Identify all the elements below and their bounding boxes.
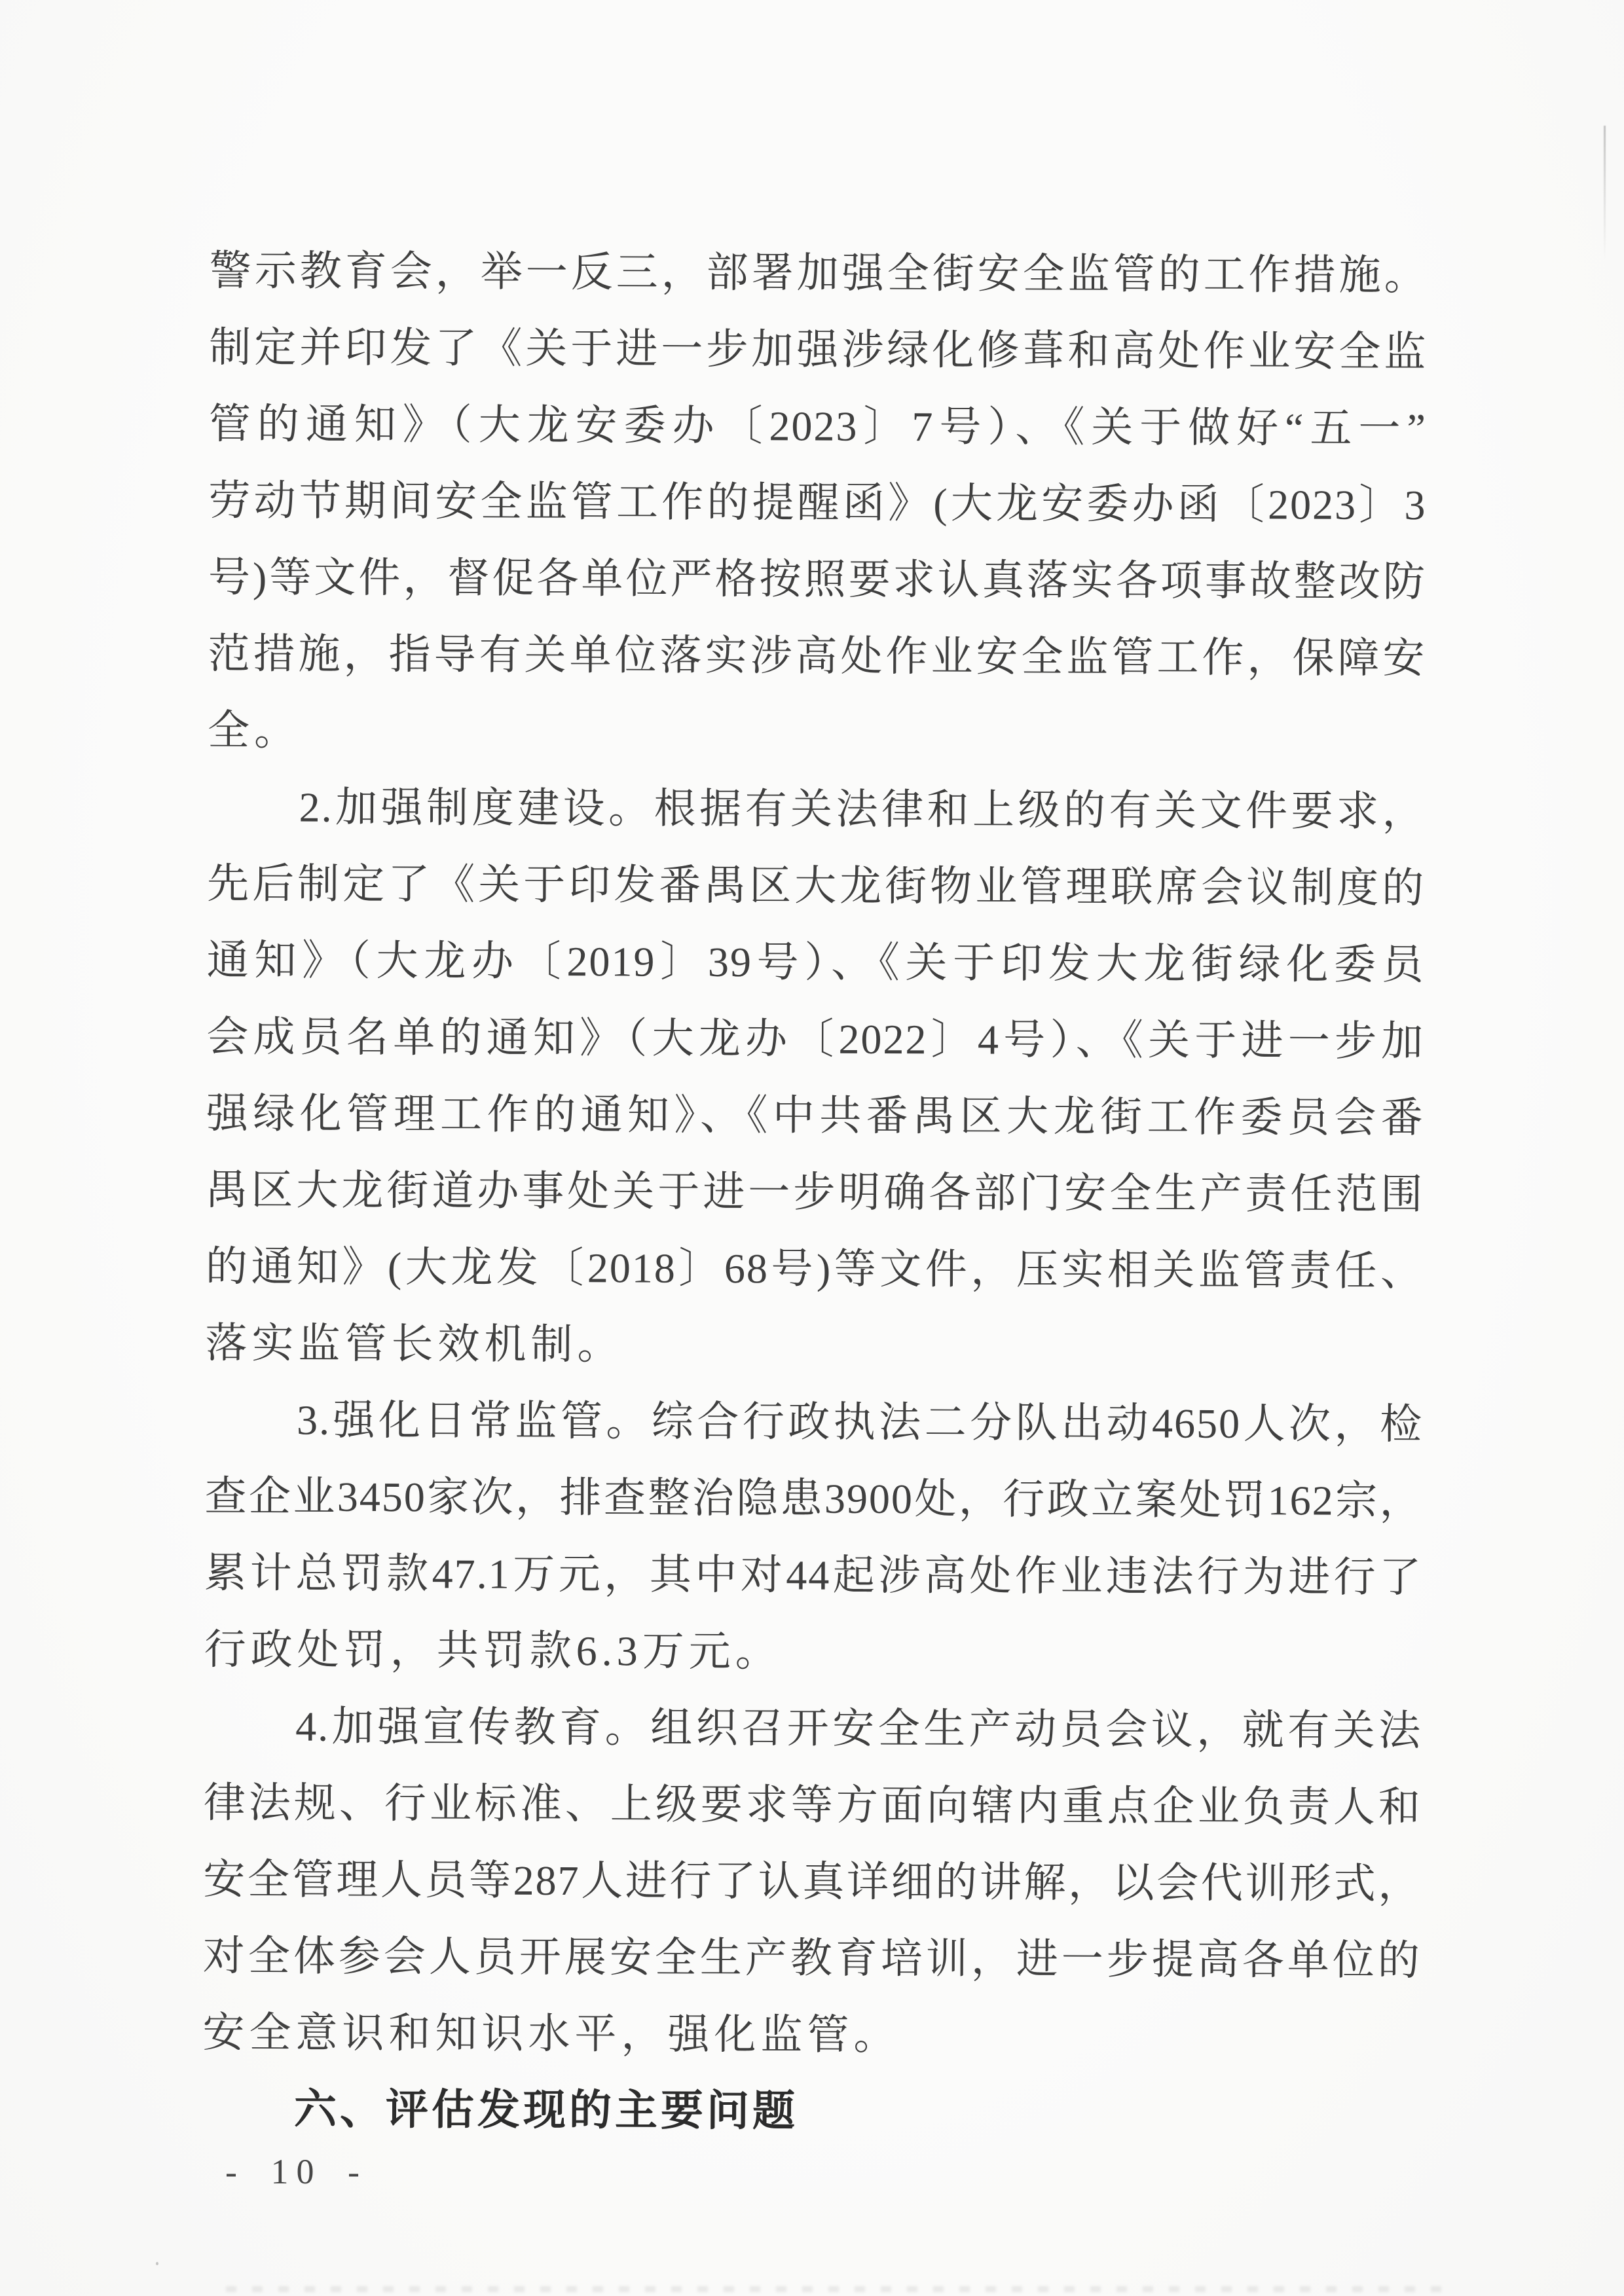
text-line: 会成员名单的通知》（大龙办〔2022〕4号）、《关于进一步加	[206, 998, 1424, 1080]
text-line: 管的通知》（大龙安委办〔2023〕7号）、《关于做好“五一”	[209, 386, 1427, 467]
text-line: 警示教育会，举一反三，部署加强全街安全监管的工作措施。	[210, 232, 1428, 314]
text-line: 落实监管长效机制。	[205, 1305, 1423, 1386]
text-line: 先后制定了《关于印发番禺区大龙街物业管理联席会议制度的	[207, 845, 1425, 926]
scanned-document-page: 警示教育会，举一反三，部署加强全街安全监管的工作措施。 制定并印发了《关于进一步…	[0, 0, 1624, 2296]
text-line: 3.强化日常监管。综合行政执法二分队出动4650人次，检	[205, 1381, 1423, 1463]
text-line: 4.加强宣传教育。组织召开安全生产动员会议，就有关法	[204, 1688, 1422, 1769]
text-line: 的通知》(大龙发〔2018〕68号)等文件，压实相关监管责任、	[206, 1228, 1424, 1309]
text-line: 律法规、行业标准、上级要求等方面向辖内重点企业负责人和	[204, 1764, 1422, 1846]
text-line: 安全管理人员等287人进行了认真详细的讲解，以会代训形式，	[203, 1841, 1421, 1922]
document-body: 警示教育会，举一反三，部署加强全街安全监管的工作措施。 制定并印发了《关于进一步…	[202, 232, 1428, 2152]
text-line: 对全体参会人员开展安全生产教育培训，进一步提高各单位的	[203, 1918, 1421, 1999]
text-line: 行政处罚，共罚款6.3万元。	[204, 1611, 1422, 1692]
text-line: 强绿化管理工作的通知》、《中共番禺区大龙街工作委员会番	[206, 1075, 1424, 1156]
scan-bleed-artifact	[226, 2286, 1457, 2292]
text-line: 查企业3450家次，排查整治隐患3900处，行政立案处罚162宗，	[204, 1458, 1422, 1539]
text-line: 范措施，指导有关单位落实涉高处作业安全监管工作，保障安	[208, 615, 1426, 697]
scan-edge-artifact	[1604, 126, 1606, 260]
text-line: 制定并印发了《关于进一步加强涉绿化修葺和高处作业安全监	[209, 309, 1427, 390]
page-number: - 10 -	[225, 2151, 367, 2192]
text-line: 禺区大龙街道办事处关于进一步明确各部门安全生产责任范围	[206, 1152, 1424, 1233]
text-line: 号)等文件，督促各单位严格按照要求认真落实各项事故整改防	[208, 539, 1426, 620]
text-line: 2.加强制度建设。根据有关法律和上级的有关文件要求，	[207, 769, 1425, 850]
scan-speck-artifact	[156, 2262, 158, 2265]
text-line: 安全意识和知识水平，强化监管。	[202, 1994, 1420, 2075]
text-line: 通知》（大龙办〔2019〕39号）、《关于印发大龙街绿化委员	[207, 922, 1425, 1003]
section-heading: 六、评估发现的主要问题	[202, 2071, 1420, 2152]
text-line: 累计总罚款47.1万元，其中对44起涉高处作业违法行为进行了	[204, 1535, 1422, 1616]
text-line: 劳动节期间安全监管工作的提醒函》(大龙安委办函〔2023〕3	[208, 462, 1426, 543]
text-line: 全。	[208, 692, 1426, 773]
